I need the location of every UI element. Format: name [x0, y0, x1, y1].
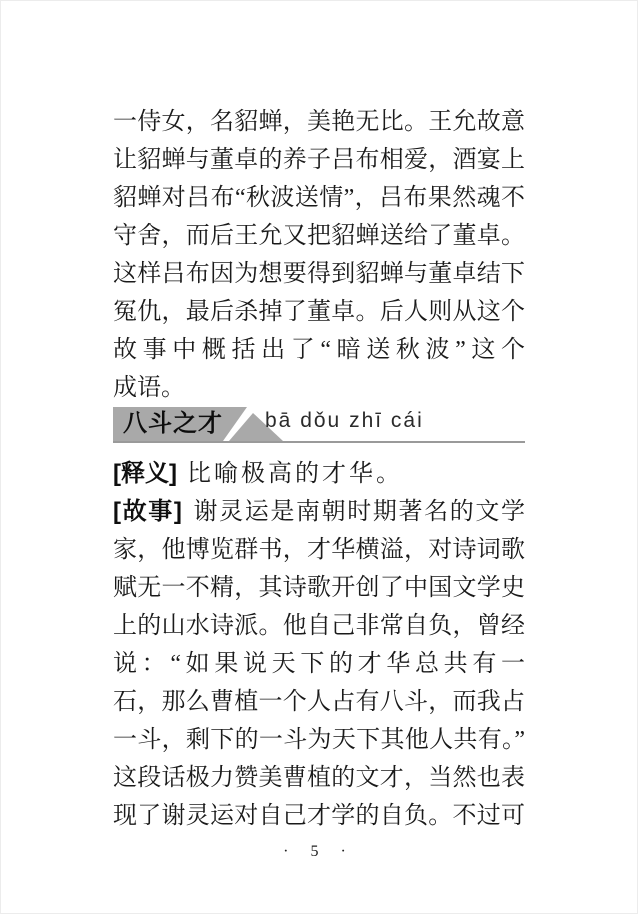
story-text-line: 上的山水诗派。他自己非常自负，曾经: [113, 607, 525, 645]
story-text-line: 这段话极力赞美曹植的文才，当然也表: [113, 759, 525, 797]
definition-label: [释义]: [113, 460, 177, 487]
story-text-line: 一侍女，名貂蝉，美艳无比。王允故意: [113, 103, 525, 141]
story-text-line: 貂蝉对吕布“秋波送情”，吕布果然魂不: [113, 179, 525, 217]
story-text-line: 这样吕布因为想要得到貂蝉与董卓结下: [113, 255, 525, 293]
story-text-line: 守舍，而后王允又把貂蝉送给了董卓。: [113, 217, 525, 255]
story-text-line: 现了谢灵运对自己才学的自负。不过可: [113, 797, 525, 835]
definition-line: [释义]比喻极高的才华。: [113, 455, 525, 493]
definition-text: 比喻极高的才华。: [187, 461, 403, 487]
entry-definition: [释义]比喻极高的才华。: [113, 455, 525, 493]
story-text-line: 让貂蝉与董卓的养子吕布相爱，酒宴上: [113, 141, 525, 179]
entry-title-tab: 八斗之才: [113, 407, 253, 441]
entry-story: [故事]谢灵运是南朝时期著名的文学 家，他博览群书，才华横溢，对诗词歌 赋无一不…: [113, 493, 525, 835]
entry-title: 八斗之才: [123, 410, 223, 437]
entry-pinyin: bā dǒu zhī cái: [265, 409, 424, 433]
page-number: · 5 ·: [113, 837, 525, 867]
text-column: 一侍女，名貂蝉，美艳无比。王允故意 让貂蝉与董卓的养子吕布相爱，酒宴上 貂蝉对吕…: [113, 103, 525, 867]
story-text-line: 说：“如果说天下的才华总共有一: [113, 645, 525, 683]
story-text-line: 成语。: [113, 369, 525, 407]
story-text-line: 家，他博览群书，才华横溢，对诗词歌: [113, 531, 525, 569]
book-page: 一侍女，名貂蝉，美艳无比。王允故意 让貂蝉与董卓的养子吕布相爱，酒宴上 貂蝉对吕…: [0, 0, 638, 914]
story-first-line-text: 谢灵运是南朝时期著名的文学: [192, 499, 525, 525]
story-text-line: 故事中概括出了“暗送秋波”这个: [113, 331, 525, 369]
story-label: [故事]: [113, 498, 182, 525]
entry-heading: 八斗之才 bā dǒu zhī cái: [113, 407, 525, 443]
story-text-line: 一斗，剩下的一斗为天下其他人共有。”: [113, 721, 525, 759]
story-text-line: 冤仇，最后杀掉了董卓。后人则从这个: [113, 293, 525, 331]
story-text-line: 赋无一不精，其诗歌开创了中国文学史: [113, 569, 525, 607]
story-text-line: 石，那么曹植一个人占有八斗，而我占: [113, 683, 525, 721]
previous-entry-story: 一侍女，名貂蝉，美艳无比。王允故意 让貂蝉与董卓的养子吕布相爱，酒宴上 貂蝉对吕…: [113, 103, 525, 407]
story-text-line: [故事]谢灵运是南朝时期著名的文学: [113, 493, 525, 531]
